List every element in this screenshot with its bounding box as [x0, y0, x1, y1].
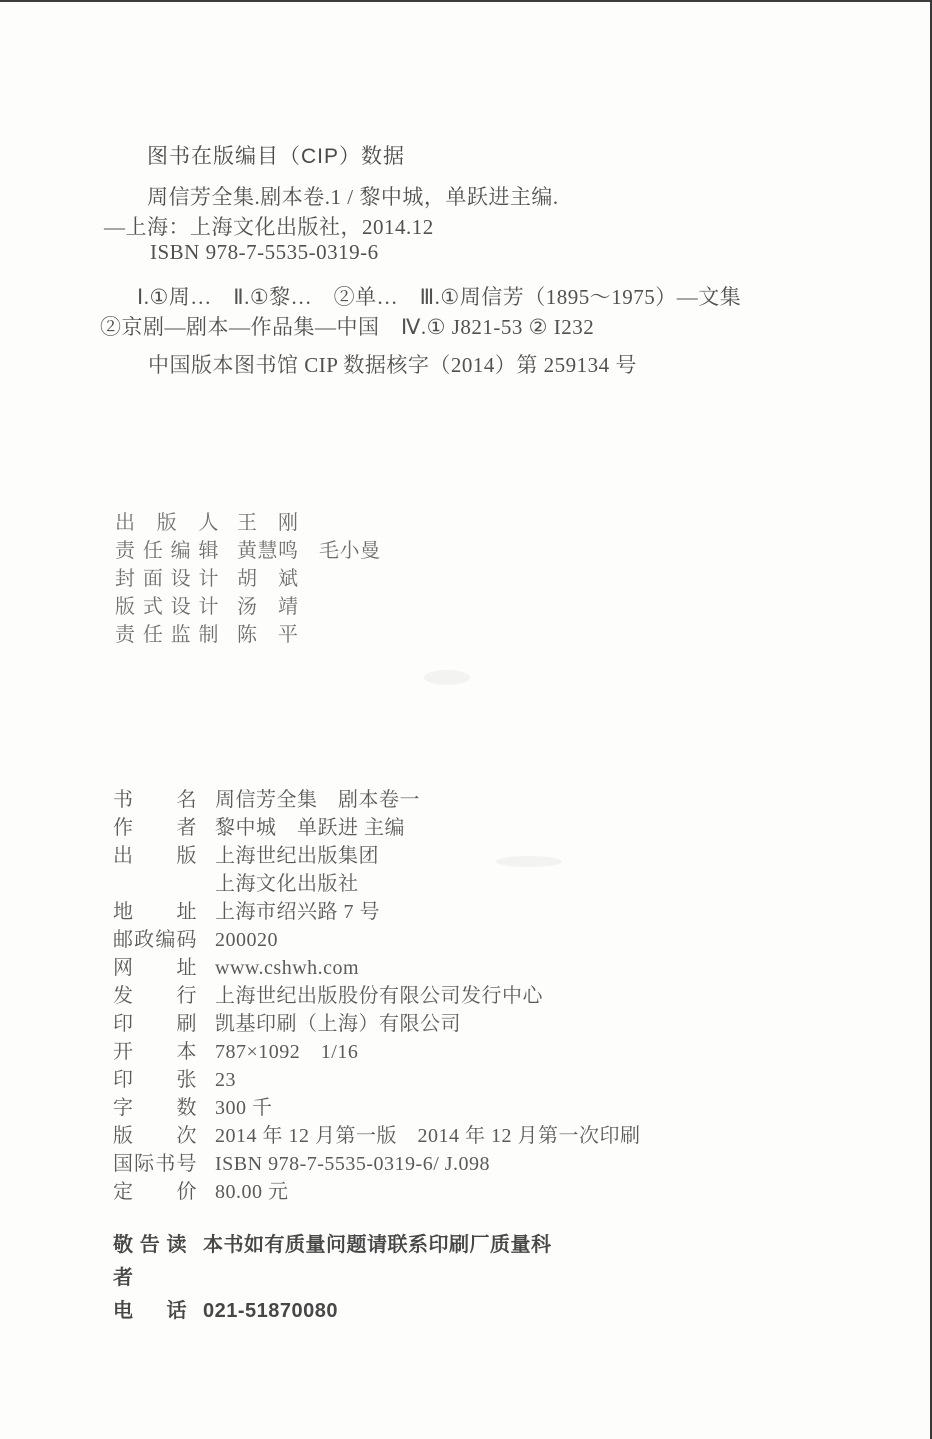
staff-label: 出版人 [115, 509, 219, 537]
colophon-value-line: 上海世纪出版集团 [215, 842, 379, 870]
colophon-row: 开本 787×1092 1/16 [113, 1038, 641, 1066]
colophon-value: 上海世纪出版集团 上海文化出版社 [215, 842, 379, 898]
colophon-label: 版次 [113, 1122, 197, 1150]
colophon-value: 23 [215, 1066, 236, 1094]
colophon-label: 字数 [113, 1094, 197, 1122]
colophon-label: 国际书号 [113, 1150, 197, 1178]
staff-label: 封面设计 [115, 565, 219, 593]
colophon-row: 国际书号 ISBN 978-7-5535-0319-6/ J.098 [113, 1150, 641, 1178]
colophon-value: 上海市绍兴路 7 号 [215, 898, 380, 926]
colophon-row: 地址 上海市绍兴路 7 号 [113, 898, 641, 926]
scan-smudge [424, 670, 470, 685]
staff-label: 责任编辑 [115, 537, 219, 565]
colophon-value: 200020 [215, 926, 278, 954]
colophon-row: 书名 周信芳全集 剧本卷一 [113, 786, 641, 814]
notice-label: 电话 [113, 1295, 187, 1328]
colophon-value: 周信芳全集 剧本卷一 [215, 786, 420, 814]
staff-value: 胡 斌 [237, 565, 299, 593]
colophon-row: 定价 80.00 元 [113, 1178, 641, 1206]
colophon-value-line: 上海文化出版社 [215, 870, 379, 898]
colophon-row: 网址 www.cshwh.com [113, 954, 641, 982]
colophon-label: 地址 [113, 898, 197, 926]
staff-row: 责任监制 陈 平 [115, 621, 381, 649]
notice-section: 敬告读者 本书如有质量问题请联系印刷厂质量科 电话 021-51870080 [113, 1229, 552, 1328]
scan-smudge [496, 856, 562, 867]
cip-heading: 图书在版编目（CIP）数据 [147, 140, 405, 170]
colophon-label: 出版 [113, 842, 197, 870]
colophon-label: 发行 [113, 982, 197, 1010]
cip-isbn-line: ISBN 978-7-5535-0319-6 [150, 240, 379, 265]
cip-record-line: 中国版本图书馆 CIP 数据核字（2014）第 259134 号 [148, 349, 637, 379]
staff-value: 黄慧鸣 毛小曼 [237, 537, 381, 565]
staff-value: 王 刚 [237, 509, 299, 537]
staff-row: 责任编辑 黄慧鸣 毛小曼 [115, 537, 381, 565]
scan-top-edge [0, 0, 932, 2]
colophon-value: 300 千 [215, 1094, 273, 1122]
staff-label: 版式设计 [115, 593, 219, 621]
colophon-value: 凯基印刷（上海）有限公司 [215, 1010, 461, 1038]
colophon-row: 印刷 凯基印刷（上海）有限公司 [113, 1010, 641, 1038]
colophon-value: ISBN 978-7-5535-0319-6/ J.098 [215, 1150, 490, 1178]
colophon-row: 版次 2014 年 12 月第一版 2014 年 12 月第一次印刷 [113, 1122, 641, 1150]
colophon-row: 字数 300 千 [113, 1094, 641, 1122]
colophon-value: 787×1092 1/16 [215, 1038, 358, 1066]
cip-title-line: 周信芳全集.剧本卷.1 / 黎中城，单跃进主编. [147, 181, 559, 211]
staff-row: 版式设计 汤 靖 [115, 593, 381, 621]
staff-section: 出版人 王 刚 责任编辑 黄慧鸣 毛小曼 封面设计 胡 斌 版式设计 汤 靖 责… [115, 509, 381, 649]
staff-label: 责任监制 [115, 621, 219, 649]
colophon-label: 开本 [113, 1038, 197, 1066]
colophon-value: 黎中城 单跃进 主编 [215, 814, 405, 842]
colophon-row: 作者 黎中城 单跃进 主编 [113, 814, 641, 842]
notice-label: 敬告读者 [113, 1229, 187, 1295]
cip-publisher-line: —上海：上海文化出版社，2014.12 [104, 211, 434, 241]
colophon-label: 定价 [113, 1178, 197, 1206]
notice-value: 021-51870080 [203, 1295, 338, 1328]
cip-classification-line-1: Ⅰ.①周… Ⅱ.①黎… ②单… Ⅲ.①周信芳（1895～1975）—文集 [137, 281, 741, 311]
staff-value: 陈 平 [237, 621, 299, 649]
colophon-row: 印张 23 [113, 1066, 641, 1094]
notice-row: 敬告读者 本书如有质量问题请联系印刷厂质量科 [113, 1229, 552, 1295]
cip-classification-line-2: ②京剧—剧本—作品集—中国 Ⅳ.① J821-53 ② I232 [100, 311, 594, 341]
colophon-row: 出版 上海世纪出版集团 上海文化出版社 [113, 842, 641, 898]
colophon-row: 发行 上海世纪出版股份有限公司发行中心 [113, 982, 641, 1010]
colophon-value: www.cshwh.com [215, 954, 359, 982]
staff-row: 出版人 王 刚 [115, 509, 381, 537]
colophon-section: 书名 周信芳全集 剧本卷一 作者 黎中城 单跃进 主编 出版 上海世纪出版集团 … [113, 786, 641, 1206]
colophon-row: 邮政编码 200020 [113, 926, 641, 954]
colophon-value: 上海世纪出版股份有限公司发行中心 [215, 982, 543, 1010]
colophon-label: 网址 [113, 954, 197, 982]
colophon-label: 印张 [113, 1066, 197, 1094]
colophon-label: 邮政编码 [113, 926, 197, 954]
colophon-label: 印刷 [113, 1010, 197, 1038]
colophon-value: 2014 年 12 月第一版 2014 年 12 月第一次印刷 [215, 1122, 641, 1150]
staff-row: 封面设计 胡 斌 [115, 565, 381, 593]
notice-value: 本书如有质量问题请联系印刷厂质量科 [203, 1229, 552, 1262]
colophon-value: 80.00 元 [215, 1178, 289, 1206]
colophon-label: 书名 [113, 786, 197, 814]
colophon-label: 作者 [113, 814, 197, 842]
notice-row: 电话 021-51870080 [113, 1295, 552, 1328]
copyright-page: 图书在版编目（CIP）数据 周信芳全集.剧本卷.1 / 黎中城，单跃进主编. —… [0, 0, 932, 1439]
staff-value: 汤 靖 [237, 593, 299, 621]
